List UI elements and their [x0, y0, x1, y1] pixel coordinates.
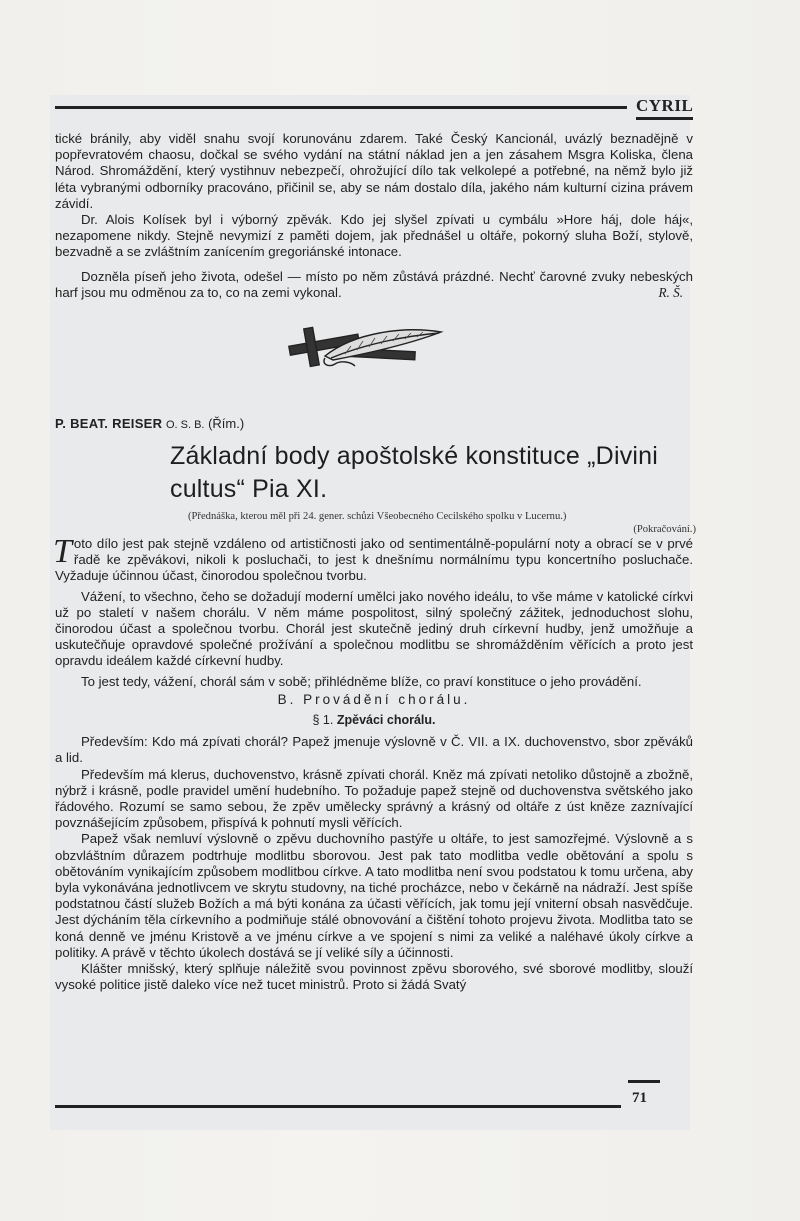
- paragraph: tické bránily, aby viděl snahu svojí kor…: [55, 131, 693, 212]
- paragraph: Dr. Alois Kolísek byl i výborný zpěvák. …: [55, 212, 693, 261]
- article-body: T oto dílo jest pak stejně vzdáleno od a…: [55, 536, 693, 993]
- paragraph: Dozněla píseň jeho života, odešel — míst…: [55, 269, 693, 301]
- paragraph: Vážení, to všechno, čeho se dožadují mod…: [55, 589, 693, 670]
- article-subtitle: (Přednáška, kterou měl při 24. gener. sc…: [188, 510, 696, 536]
- title-line-2: cultus“ Pia XI.: [170, 473, 700, 506]
- page-number-rule: [628, 1080, 660, 1083]
- paragraph: To jest tedy, vážení, chorál sám v sobě;…: [55, 674, 693, 690]
- footer-rule: [55, 1105, 621, 1108]
- paragraph: Především: Kdo má zpívati chorál? Papež …: [55, 734, 693, 766]
- paragraph: Klášter mnišský, který splňuje náležitě …: [55, 961, 693, 993]
- signature: R. Š.: [632, 285, 683, 301]
- paragraph: T oto dílo jest pak stejně vzdáleno od a…: [55, 536, 693, 585]
- author-order: O. S. B.: [166, 419, 205, 431]
- header-rule: [55, 106, 627, 109]
- subsection-heading: § 1. Zpěváci chorálu.: [55, 712, 693, 728]
- lecture-note: (Přednáška, kterou měl při 24. gener. sc…: [188, 510, 696, 523]
- article-author: P. BEAT. REISER O. S. B. (Řím.): [55, 416, 244, 431]
- obituary-text: tické bránily, aby viděl snahu svojí kor…: [55, 131, 693, 301]
- paragraph-text: Dozněla píseň jeho života, odešel — míst…: [55, 269, 693, 300]
- section-heading: B. Provádění chorálu.: [55, 692, 693, 708]
- paragraph-text: oto dílo jest pak stejně vzdáleno od art…: [55, 536, 693, 583]
- subsection-number: § 1.: [313, 713, 334, 727]
- author-name: P. BEAT. REISER: [55, 416, 162, 431]
- continuation-note: (Pokračování.): [188, 523, 696, 536]
- drop-cap: T: [53, 540, 72, 564]
- article-title: Základní body apoštolské konstituce „Div…: [170, 440, 700, 506]
- scanned-page: CYRIL tické bránily, aby viděl snahu svo…: [0, 0, 800, 1221]
- cross-and-quill-icon: [285, 322, 445, 372]
- paragraph: Papež však nemluví výslovně o zpěvu duch…: [55, 831, 693, 961]
- page-number: 71: [632, 1090, 647, 1107]
- running-head: CYRIL: [636, 96, 693, 120]
- subsection-title: Zpěváci chorálu.: [337, 713, 436, 727]
- paragraph: Především má klerus, duchovenstvo, krásn…: [55, 767, 693, 832]
- title-line-1: Základní body apoštolské konstituce „Div…: [170, 440, 700, 473]
- author-place: (Řím.): [208, 416, 244, 431]
